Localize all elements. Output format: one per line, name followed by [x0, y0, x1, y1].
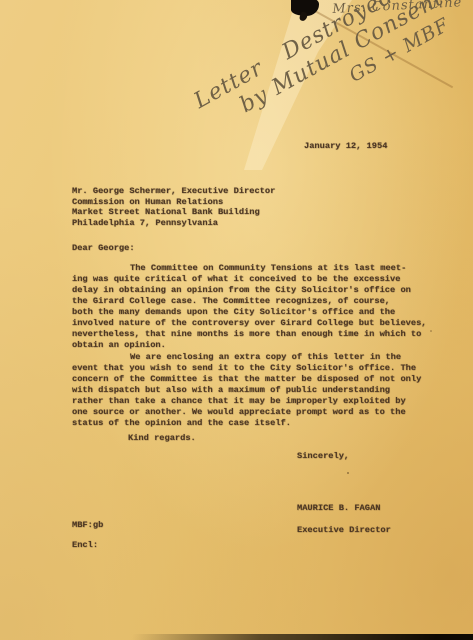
signature-block: MAURICE B. FAGAN Executive Director — [297, 492, 391, 547]
reference-initials: MBF:gb — [72, 520, 103, 531]
paper-speck — [340, 412, 342, 414]
body-paragraph-2: We are enclosing an extra copy of this l… — [72, 352, 434, 429]
signer-title: Executive Director — [297, 525, 391, 536]
letter-date: January 12, 1954 — [304, 141, 387, 152]
body-paragraph-1: The Committee on Community Tensions at i… — [72, 263, 434, 351]
closing-kind-regards: Kind regards. — [128, 433, 196, 444]
closing-sincerely: Sincerely, — [297, 451, 349, 462]
handwritten-destroyed-note: Letter Destroyed by Mutual Consent GS + … — [190, 0, 461, 160]
recipient-address: Mr. George Schermer, Executive Director … — [72, 186, 275, 228]
signer-name: MAURICE B. FAGAN — [297, 503, 391, 514]
paper-speck — [347, 472, 349, 474]
enclosure-notation: Encl: — [72, 540, 98, 551]
letter-page: Mrs. Constantine Letter Destroyed by Mut… — [0, 0, 473, 640]
salutation: Dear George: — [72, 243, 135, 254]
paper-speck — [430, 330, 432, 332]
paper-bottom-edge — [0, 634, 473, 640]
ink-blot-tail — [299, 11, 309, 22]
